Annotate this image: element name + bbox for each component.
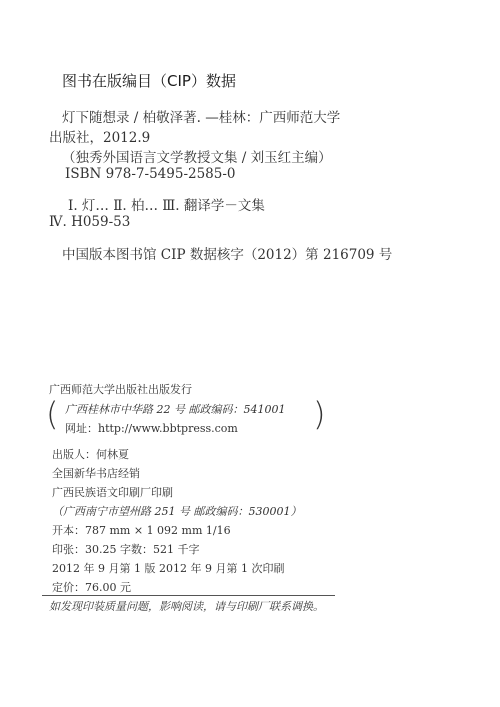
cip-line-cip-number: 中国版本图书馆 CIP 数据核字（2012）第 216709 号 — [62, 243, 392, 263]
cip-line-class-number: Ⅳ. H059-53 — [49, 214, 130, 230]
cip-line-title-author: 灯下随想录 / 柏敬泽著. —桂林：广西师范大学 — [62, 106, 340, 126]
publisher-website: 网址：http://www.bbtpress.com — [65, 420, 238, 436]
publisher-person: 出版人：何林夏 — [52, 446, 129, 462]
printer-line: 广西民族语文印刷厂印刷 — [52, 484, 173, 500]
cip-line-publisher-date: 出版社，2012.9 — [49, 126, 150, 146]
left-bracket: ( — [46, 398, 58, 430]
divider-rule — [42, 595, 335, 596]
sheets-wordcount-line: 印张：30.25 字数：521 千字 — [52, 541, 199, 557]
right-bracket: ) — [313, 398, 325, 430]
distributor-line: 全国新华书店经销 — [52, 465, 140, 481]
cip-heading: 图书在版编目（CIP）数据 — [62, 70, 236, 91]
format-line: 开本：787 mm × 1 092 mm 1/16 — [52, 522, 231, 538]
cip-line-isbn: ISBN 978-7-5495-2585-0 — [65, 166, 236, 182]
cip-line-series: （独秀外国语言文学教授文集 / 刘玉红主编） — [62, 146, 332, 166]
price-line: 定价：76.00 元 — [52, 579, 131, 595]
publisher-address: 广西桂林市中华路 22 号 邮政编码：541001 — [65, 401, 285, 417]
edition-line: 2012 年 9 月第 1 版 2012 年 9 月第 1 次印刷 — [52, 560, 284, 576]
printer-address: （广西南宁市望州路 251 号 邮政编码：530001） — [52, 503, 301, 519]
cip-line-classification: Ⅰ. 灯… Ⅱ. 柏… Ⅲ. 翻译学－文集 — [68, 194, 265, 214]
publisher-line: 广西师范大学出版社出版发行 — [49, 381, 192, 397]
quality-notice: 如发现印装质量问题，影响阅读，请与印刷厂联系调换。 — [49, 598, 324, 614]
